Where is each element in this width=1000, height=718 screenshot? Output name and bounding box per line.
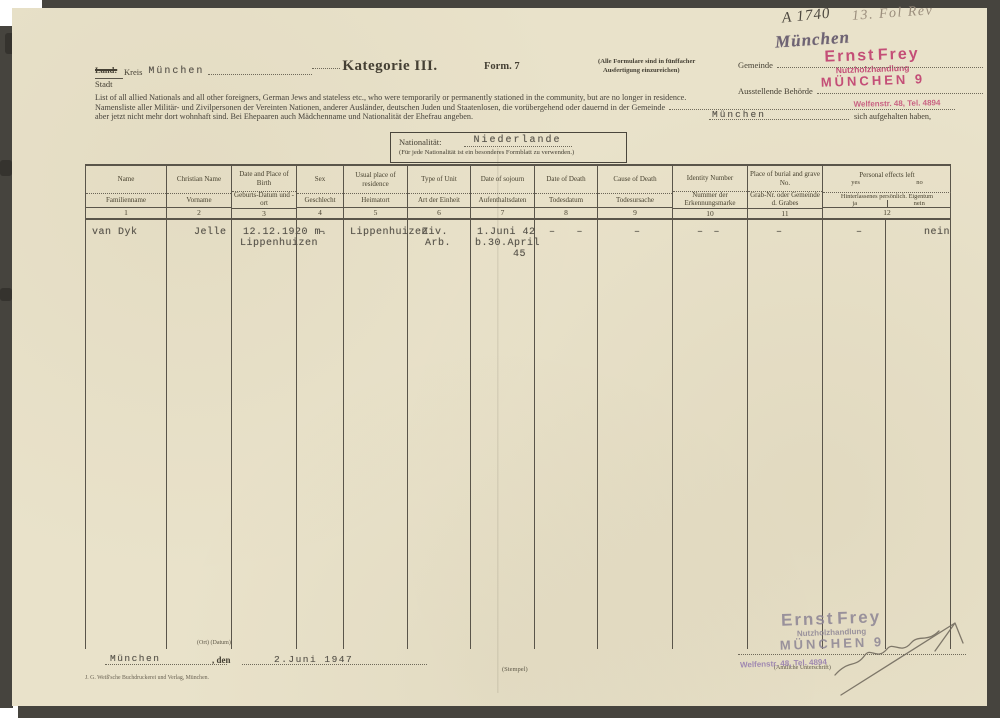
no-label: no [916,179,923,187]
col-number: 3 [232,208,296,218]
stempel-label: (Stempel) [502,666,528,673]
scanned-document: Land: Stadt Kreis München Kategorie III.… [0,0,1000,718]
col-label-de: Geburts-Datum und -ort [232,192,296,208]
intro-line-de: Namensliste aller Militär- und Zivilpers… [95,103,957,113]
col-header-death-date: Date of Death Todesdatum 8 [534,166,597,218]
col-label-en: Place of burial and grave No. [748,166,822,192]
col-number: 11 [748,208,822,218]
cell-sex: – [296,220,343,649]
col-label-de: Geschlecht [297,194,343,207]
col-label-de: Heimatort [344,194,407,207]
col-number: 5 [344,207,407,218]
nationality-label: Nationalität: [399,137,442,147]
dotted-line [777,67,983,68]
col-label-de: Vorname [167,194,231,207]
col-number: 8 [535,207,597,218]
form-title: Kategorie III. [315,58,465,75]
signature [817,603,977,703]
intro-paragraph: List of all allied Nationals and all oth… [95,93,957,122]
col-label-de-text: Hinterlassenes persönlich. Eigentum [841,193,933,200]
col-label-de: Grab-Nr. oder Gemeinde d. Grabes [748,192,822,208]
col-header-unit: Type of Unit Art der Einheit 6 [407,166,470,218]
copies-note-line1: (Alle Formulare sind in fünffacher [598,58,695,67]
cell-effects-ja: – [822,220,885,649]
dotted-line [242,664,427,665]
cell-death-cause: – [597,220,672,649]
roster-table: Name Familienname 1 Christian Name Vorna… [85,164,952,651]
cell-residence: Lippenhuizen [343,220,407,649]
scan-artifact [0,160,12,176]
cell-effects-nein: nein [885,220,951,649]
dotted-line [709,119,849,120]
col-header-burial: Place of burial and grave No. Grab-Nr. o… [747,166,822,218]
dotted-line [105,664,227,665]
col-number: 7 [471,207,534,218]
cell-sojourn-line2: b.30.April [475,238,534,249]
scan-border-right [986,0,1000,712]
copies-note: (Alle Formulare sind in fünffacher Ausfe… [598,58,695,76]
dotted-line [208,74,312,75]
kreis-value: München [148,66,204,77]
nationality-note: (Für jede Nationalität ist ein besondere… [399,149,620,156]
cell-unit: Ziv. Arb. [407,220,470,649]
cell-sojourn: 1.Juni 42 b.30.April 45 [470,220,534,649]
col-label-de: Familienname [86,194,166,207]
col-label-en: Date of sojourn [471,166,534,194]
col-header-sojourn: Date of sojourn Aufenthaltsdaten 7 [470,166,534,218]
cell-birth: 12.12.1920 m. Lippenhuizen [231,220,296,649]
cell-unit-line1: Ziv. [422,227,470,238]
cell-firstname: Jelle [166,220,231,649]
col-header-death-cause: Cause of Death Todesursache 9 [597,166,672,218]
printer-imprint: J. G. Weiß'sche Buchdruckerei und Verlag… [85,675,209,681]
col-label-en: Identity Number [673,166,747,192]
col-label-en: Date of Death [535,166,597,194]
col-header-effects: Personal effects left yes no Hinterlasse… [822,166,951,218]
intro-line-en: List of all allied Nationals and all oth… [95,93,957,103]
col-number: 1 [86,207,166,218]
kreis-label: Kreis [124,67,142,77]
land-label: Land: [95,65,117,75]
col-header-residence: Usual place of residence Heimatort 5 [343,166,407,218]
col-number: 9 [598,207,672,218]
aufgehalten-label: sich aufgehalten haben, [854,112,931,121]
intro-line-de2: aber jetzt nicht mehr dort wohnhaft sind… [95,112,957,122]
scan-artifact [0,288,12,301]
handwritten-number: A 1740 [781,6,831,28]
table-header: Name Familienname 1 Christian Name Vorna… [85,164,951,220]
intro-line-de-text: Namensliste aller Militär- und Zivilpers… [95,103,665,113]
col-label-de: Art der Einheit [408,194,470,207]
col-header-identity: Identity Number Nummer der Erkennungsmar… [672,166,747,218]
form-paper: Land: Stadt Kreis München Kategorie III.… [12,8,987,706]
col-number: 2 [167,207,231,218]
col-label-en-text: Personal effects left [859,171,914,179]
col-label-en: Sex [297,166,343,194]
gemeinde-line: Gemeinde [738,60,985,70]
col-number: 4 [297,207,343,218]
col-header-name: Name Familienname 1 [85,166,166,218]
dash: – [576,227,583,238]
dash: – [714,227,721,238]
yes-label: yes [851,179,860,187]
copies-note-line2: Ausfertigung einzureichen) [598,67,695,76]
scan-border-bottom [18,704,1000,718]
gemeinde-label: Gemeinde [738,60,773,70]
cell-name: van Dyk [85,220,166,649]
cell-birth-date: 12.12.1920 m. [243,227,296,238]
col-label-en: Date and Place of Birth [232,166,296,192]
col-number: 6 [408,207,470,218]
nationality-value: Niederlande [464,135,572,147]
col-label-de: Hinterlassenes persönlich. Eigentum ja n… [823,193,951,207]
place-value: München [110,653,160,664]
den-label: , den [212,655,231,665]
col-header-birth: Date and Place of Birth Geburts-Datum un… [231,166,296,218]
dash: – [549,227,556,238]
col-label-en: Christian Name [167,166,231,194]
col-label-de: Nummer der Erkennungsmarke [673,192,747,208]
cell-birth-place: Lippenhuizen [240,238,296,249]
cell-identity: – – [672,220,747,649]
nein-label: nein [888,200,952,207]
col-label-en: Usual place of residence [344,166,407,194]
col-header-firstname: Christian Name Vorname 2 [166,166,231,218]
col-label-de: Aufenthaltsdaten [471,194,534,207]
col-label-de: Todesdatum [535,194,597,207]
kreis-line: Kreis München [124,66,314,77]
cell-sojourn-line1: 1.Juni 42 [477,227,534,238]
col-number: 12 [823,207,951,218]
nationality-box: Nationalität: Niederlande (Für jede Nati… [390,132,627,163]
cell-sojourn-line3: 45 [513,249,534,260]
stadt-label: Stadt [95,78,123,89]
col-label-de: Todesursache [598,194,672,207]
col-label-en: Cause of Death [598,166,672,194]
nationality-line: Nationalität: Niederlande [399,135,620,147]
ja-label: ja [823,200,888,207]
cell-death-date: – – [534,220,597,649]
form-number: Form. 7 [484,61,520,72]
table-body: van Dyk Jelle 12.12.1920 m. Lippenhuizen… [85,220,951,649]
col-header-sex: Sex Geschlecht 4 [296,166,343,218]
cell-burial: – [747,220,822,649]
col-label-en: Type of Unit [408,166,470,194]
col-label-en: Name [86,166,166,194]
ort-datum-note: (Ort) (Datum) [197,640,231,646]
col-label-en: Personal effects left yes no [823,166,951,193]
dash: – [697,227,704,238]
col-number: 10 [673,208,747,218]
cell-unit-line2: Arb. [425,238,470,249]
